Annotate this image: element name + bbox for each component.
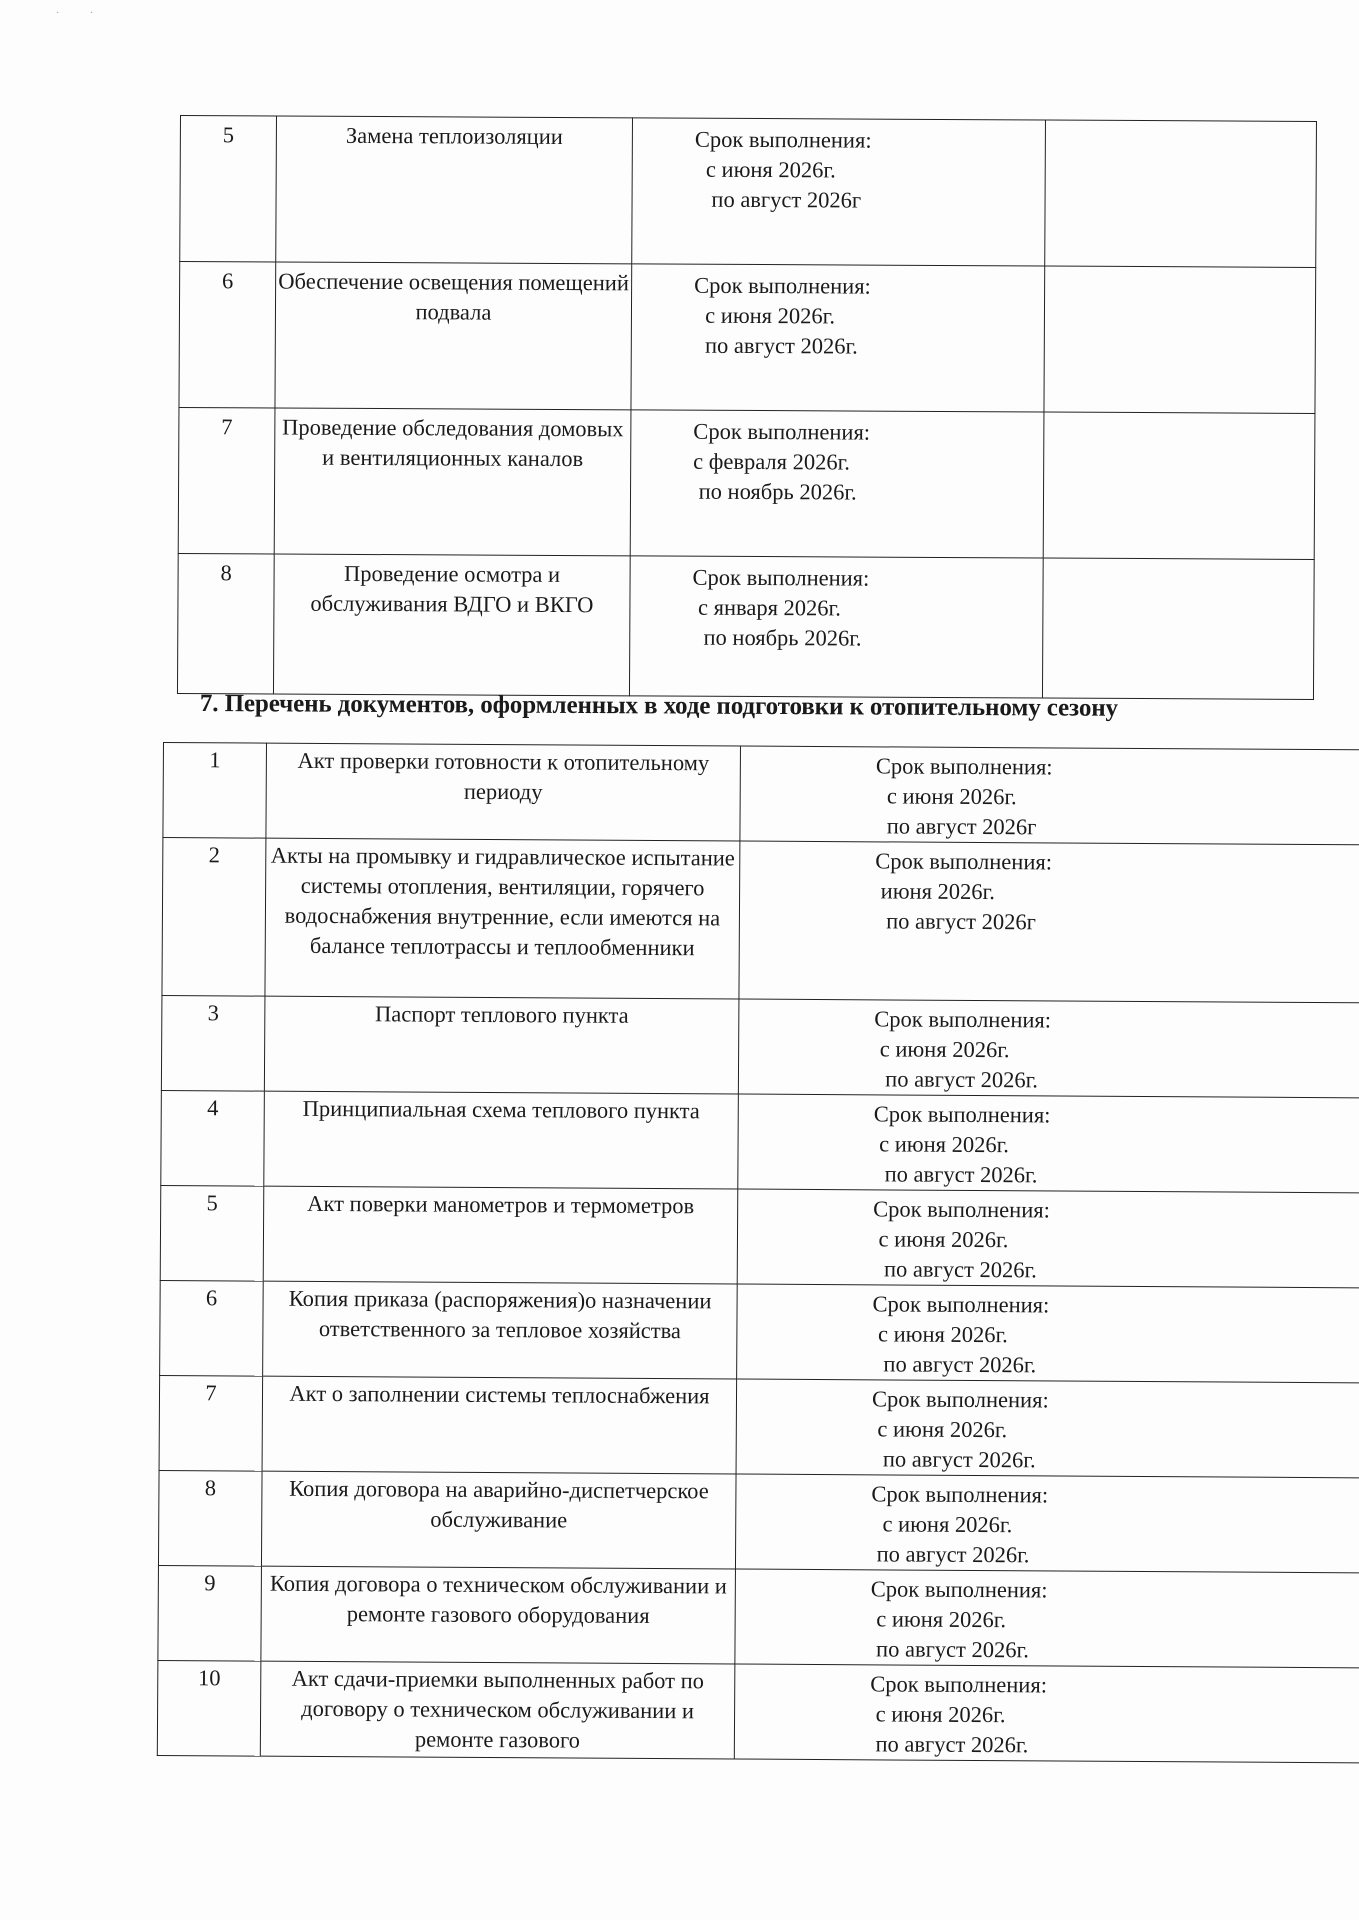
deadline-cell: Срок выполнения: с июня 2026г. по август… (740, 746, 1359, 845)
table-row: 3Паспорт теплового пунктаСрок выполнения… (161, 995, 1359, 1097)
deadline-line: Срок выполнения: (693, 563, 1043, 595)
row-number: 6 (160, 1280, 264, 1376)
document-name: Копия приказа (распоряжения)о назначении… (263, 1281, 738, 1379)
row-number: 3 (161, 995, 265, 1091)
deadline-line: Срок выполнения: (694, 271, 1044, 303)
section-title: 7. Перечень документов, оформленных в хо… (200, 690, 1118, 723)
deadline-line: с июня 2026г. (876, 781, 1359, 814)
deadline-line: с июня 2026г. (695, 155, 1045, 187)
table-row: 8Копия договора на аварийно-диспетчерско… (158, 1470, 1359, 1572)
document-name: Паспорт теплового пункта (264, 996, 739, 1094)
deadline-line: Срок выполнения: (695, 125, 1045, 157)
deadline-line: по август 2026г. (874, 1064, 1359, 1097)
deadline-line: Срок выполнения: (874, 1004, 1359, 1037)
deadline-line: по август 2026г (694, 185, 1044, 217)
deadline-cell: Срок выполнения: с июня 2026г. по август… (737, 1284, 1359, 1383)
row-number: 9 (158, 1565, 262, 1661)
table-row: 2Акты на промывку и гидравлическое испыт… (162, 838, 1359, 1003)
work-name: Замена теплоизоляции (276, 116, 633, 264)
deadline-line: с июня 2026г. (872, 1414, 1359, 1447)
row-number: 2 (162, 838, 266, 997)
table-row: 10Акт сдачи-приемки выполненных работ по… (157, 1660, 1359, 1762)
deadline-line: Срок выполнения: (693, 417, 1043, 449)
note-cell (1045, 120, 1317, 267)
deadline-line: с июня 2026г. (873, 1129, 1359, 1162)
deadline-line: Срок выполнения: (875, 846, 1359, 879)
deadline-line: по август 2026г. (872, 1444, 1359, 1477)
deadline-line: Срок выполнения: (870, 1669, 1359, 1702)
row-number: 10 (157, 1660, 261, 1756)
row-number: 6 (179, 262, 276, 409)
table-row: 8Проведение осмотра и обслуживания ВДГО … (177, 553, 1314, 699)
deadline-line: по август 2026г. (870, 1729, 1359, 1762)
deadline-cell: Срок выполнения: с июня 2026г. по август… (738, 1094, 1359, 1193)
deadline-line: по август 2026г. (870, 1634, 1359, 1667)
note-cell (1044, 266, 1316, 413)
table-row: 6Обеспечение освещения помещений подвала… (179, 262, 1316, 414)
deadline-cell: Срок выполнения: с июня 2026г. по август… (734, 1664, 1359, 1763)
deadline-line: по август 2026г. (694, 331, 1044, 363)
work-name: Обеспечение освещения помещений подвала (275, 262, 632, 410)
deadline-line: с июня 2026г. (871, 1509, 1359, 1542)
deadline-cell: Срок выполнения: с июня 2026г. по август… (735, 1569, 1359, 1668)
document-name: Акты на промывку и гидравлическое испыта… (265, 838, 740, 999)
row-number: 1 (163, 743, 267, 839)
work-name: Проведение обследования домовых и вентил… (274, 408, 631, 556)
work-name: Проведение осмотра и обслуживания ВДГО и… (273, 554, 630, 696)
documents-table: 1Акт проверки готовности к отопительному… (157, 742, 1359, 1763)
deadline-line: с июня 2026г. (873, 1224, 1359, 1257)
deadline-cell: Срок выполнения: с июня 2026г. по август… (631, 264, 1045, 412)
deadline-line: с февраля 2026г. (693, 447, 1043, 479)
table-row: 1Акт проверки готовности к отопительному… (163, 743, 1359, 845)
table-row: 7Акт о заполнении системы теплоснабжения… (159, 1375, 1359, 1477)
deadline-line: с июня 2026г. (872, 1319, 1359, 1352)
works-table: 5Замена теплоизоляцииСрок выполнения: с … (177, 115, 1317, 700)
deadline-line: по август 2026г. (872, 1349, 1359, 1382)
deadline-line: Срок выполнения: (876, 751, 1359, 784)
deadline-line: по август 2026г. (873, 1159, 1359, 1192)
deadline-line: Срок выполнения: (872, 1289, 1359, 1322)
document-name: Принципиальная схема теплового пункта (264, 1091, 739, 1189)
deadline-cell: Срок выполнения: с июня 2026г. по август… (632, 118, 1046, 266)
document-name: Копия договора на аварийно-диспетчерское… (261, 1471, 736, 1569)
table-row: 5Замена теплоизоляцииСрок выполнения: с … (180, 116, 1317, 268)
scan-artifact: · · (56, 8, 107, 19)
deadline-line: Срок выполнения: (871, 1574, 1359, 1607)
deadline-line: июня 2026г. (875, 876, 1359, 909)
document-page: · · 5Замена теплоизоляцииСрок выполнения… (0, 0, 1359, 1920)
deadline-cell: Срок выполнения: июня 2026г. по август 2… (739, 841, 1359, 1003)
row-number: 5 (160, 1185, 264, 1281)
deadline-line: Срок выполнения: (873, 1194, 1359, 1227)
deadline-line: с июня 2026г. (694, 301, 1044, 333)
deadline-line: с января 2026г. (692, 593, 1042, 625)
deadline-cell: Срок выполнения: с июня 2026г. по август… (738, 999, 1359, 1098)
row-number: 8 (158, 1470, 262, 1566)
table-row: 7Проведение обследования домовых и венти… (178, 407, 1315, 559)
deadline-cell: Срок выполнения: с января 2026г. по нояб… (629, 556, 1043, 698)
document-name: Копия договора о техническом обслуживани… (261, 1566, 736, 1664)
deadline-line: по ноябрь 2026г. (692, 623, 1042, 655)
deadline-line: с июня 2026г. (874, 1034, 1359, 1067)
document-name: Акт сдачи-приемки выполненных работ по д… (260, 1661, 735, 1759)
row-number: 7 (159, 1375, 263, 1471)
deadline-cell: Срок выполнения:с февраля 2026г. по нояб… (630, 410, 1044, 558)
row-number: 8 (177, 553, 274, 694)
deadline-line: с июня 2026г. (871, 1604, 1359, 1637)
deadline-line: с июня 2026г. (870, 1699, 1359, 1732)
table-row: 4Принципиальная схема теплового пунктаСр… (161, 1090, 1359, 1192)
row-number: 4 (161, 1090, 265, 1186)
table-row: 6Копия приказа (распоряжения)о назначени… (160, 1280, 1359, 1382)
deadline-line: по август 2026г. (871, 1539, 1359, 1572)
document-name: Акт о заполнении системы теплоснабжения (262, 1376, 737, 1474)
table-row: 9Копия договора о техническом обслуживан… (158, 1565, 1359, 1667)
note-cell (1043, 412, 1315, 559)
deadline-cell: Срок выполнения: с июня 2026г. по август… (737, 1189, 1359, 1288)
deadline-line: по август 2026г. (873, 1254, 1359, 1287)
deadline-line: по август 2026г (875, 811, 1359, 844)
deadline-cell: Срок выполнения: с июня 2026г. по август… (735, 1474, 1359, 1573)
deadline-cell: Срок выполнения: с июня 2026г. по август… (736, 1379, 1359, 1478)
document-name: Акт поверки манометров и термометров (263, 1186, 738, 1284)
document-name: Акт проверки готовности к отопительному … (266, 743, 741, 841)
deadline-line: Срок выполнения: (871, 1479, 1359, 1512)
table-row: 5Акт поверки манометров и термометровСро… (160, 1185, 1359, 1287)
deadline-line: по август 2026г (875, 906, 1359, 939)
note-cell (1042, 558, 1314, 699)
deadline-line: Срок выполнения: (872, 1384, 1359, 1417)
deadline-line: Срок выполнения: (874, 1099, 1359, 1132)
row-number: 5 (180, 116, 277, 263)
deadline-line: по ноябрь 2026г. (693, 477, 1043, 509)
row-number: 7 (178, 407, 275, 554)
